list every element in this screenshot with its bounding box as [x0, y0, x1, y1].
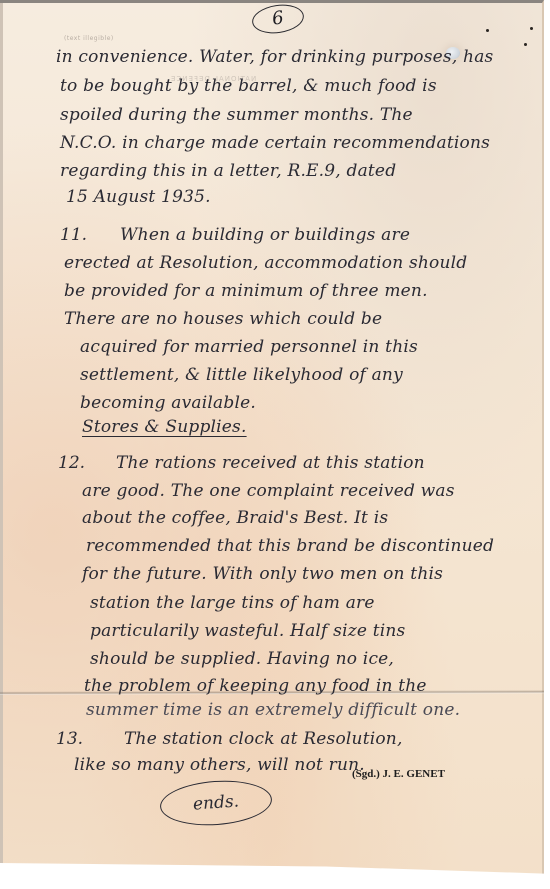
text-line: The station clock at Resolution, [124, 729, 403, 749]
ink-speck [530, 27, 533, 30]
faint-stamp: (text illegible) [64, 35, 114, 42]
text-line: recommended that this brand be discontin… [86, 536, 494, 556]
ends-circled-mark: ends. [159, 777, 274, 829]
text-line: should be supplied. Having no ice, [90, 649, 394, 669]
text-line: There are no houses which could be [64, 309, 382, 329]
typed-signature: (Sgd.) J. E. GENET [352, 768, 445, 780]
text-line: are good. The one complaint received was [82, 481, 455, 501]
text-line: the problem of keeping any food in the [84, 676, 427, 696]
text-line: erected at Resolution, accommodation sho… [64, 253, 467, 273]
text-line: like so many others, will not run. [74, 755, 365, 775]
paragraph-number: 11. [60, 225, 87, 245]
text-line: summer time is an extremely difficult on… [86, 700, 460, 720]
text-line: station the large tins of ham are [90, 593, 375, 613]
text-line: in convenience. Water, for drinking purp… [56, 47, 493, 67]
text-line: for the future. With only two men on thi… [82, 564, 443, 584]
text-line: about the coffee, Braid's Best. It is [82, 508, 388, 528]
document-page: 6 (text illegible) NATIONAL DEFENCE in c… [0, 0, 544, 886]
ink-speck [486, 29, 489, 32]
text-line: be provided for a minimum of three men. [64, 281, 428, 301]
text-line: 15 August 1935. [66, 187, 211, 207]
page-number-circled: 6 [250, 2, 305, 37]
paragraph-number: 13. [56, 729, 83, 749]
text-line: The rations received at this station [116, 453, 425, 473]
text-line: particularily wasteful. Half size tins [90, 621, 405, 641]
text-line: When a building or buildings are [120, 225, 410, 245]
section-heading: Stores & Supplies. [82, 417, 247, 437]
text-line: acquired for married personnel in this [80, 337, 418, 357]
text-line: settlement, & little likelyhood of any [80, 365, 403, 385]
text-line: regarding this in a letter, R.E.9, dated [60, 161, 396, 181]
page-edge [0, 3, 3, 869]
paragraph-number: 12. [58, 453, 85, 473]
text-line: to be bought by the barrel, & much food … [60, 76, 437, 96]
ink-speck [524, 43, 527, 46]
text-line: N.C.O. in charge made certain recommenda… [60, 133, 490, 153]
text-line: spoiled during the summer months. The [60, 105, 413, 125]
text-line: becoming available. [80, 393, 256, 413]
